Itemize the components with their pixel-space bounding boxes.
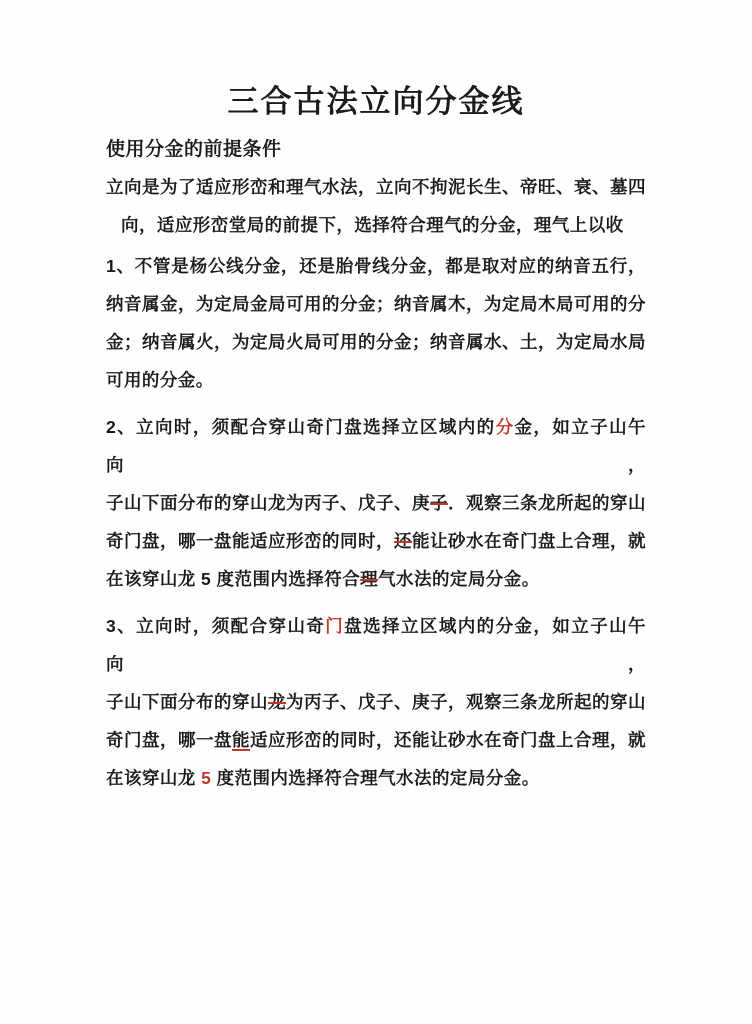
text-run: ．观察三条龙所起的穿山 [448, 493, 646, 513]
paragraph-intro: 立向是为了适应形峦和理气水法，立向不拘泥长生、帝旺、衰、墓四向，适应形峦堂局的前… [106, 168, 646, 244]
text-run: 2、立向时，须配合穿山奇门盘选择立区域内的 [106, 417, 496, 437]
annotated-text: 龙 [268, 692, 286, 712]
text-run: 金；纳音属火，为定局火局可用的分金；纳音属水、土，为定局水局 [106, 332, 646, 352]
text-run: 立向是为了适应形峦和理气水法，立向不拘泥长生、帝旺、衰、墓四 [106, 177, 646, 197]
text-line: 2、立向时，须配合穿山奇门盘选择立区域内的分金，如立子山午向， [106, 408, 646, 484]
text-run: 度范围内选择符合理气水法的定局分金。 [211, 768, 539, 788]
paragraph-item-2: 2、立向时，须配合穿山奇门盘选择立区域内的分金，如立子山午向，子山下面分布的穿山… [106, 408, 646, 598]
paragraph-list: 立向是为了适应形峦和理气水法，立向不拘泥长生、帝旺、衰、墓四向，适应形峦堂局的前… [106, 168, 646, 797]
text-run: 在该穿山龙 5 度范围内选择符合 [106, 569, 360, 589]
text-line: 3、立向时，须配合穿山奇门盘选择立区域内的分金，如立子山午向， [106, 607, 646, 683]
text-line: 纳音属金，为定局金局可用的分金；纳音属木，为定局木局可用的分 [106, 285, 646, 323]
text-run: 适应形峦的同时，还能让砂水在奇门盘上合理，就 [250, 730, 646, 750]
annotated-text: 能 [232, 730, 250, 750]
text-line: 奇门盘，哪一盘能适应形峦的同时，还能让砂水在奇门盘上合理，就 [106, 522, 646, 560]
text-run: 能让砂水在奇门盘上合理，就 [412, 531, 646, 551]
text-run: 向，适应形峦堂局的前提下，选择符合理气的分金，理气上以收 [121, 215, 624, 235]
annotated-text: 门 [325, 616, 344, 636]
text-line: 奇门盘，哪一盘能适应形峦的同时，还能让砂水在奇门盘上合理，就 [106, 721, 646, 759]
text-line: 金；纳音属火，为定局火局可用的分金；纳音属水、土，为定局水局 [106, 323, 646, 361]
text-run: 子山下面分布的穿山 [106, 692, 268, 712]
page-title: 三合古法立向分金线 [106, 82, 646, 122]
document-page: 三合古法立向分金线 使用分金的前提条件 立向是为了适应形峦和理气水法，立向不拘泥… [0, 0, 752, 1024]
paragraph-item-3: 3、立向时，须配合穿山奇门盘选择立区域内的分金，如立子山午向，子山下面分布的穿山… [106, 607, 646, 797]
text-run: 为丙子、戊子、庚子，观察三条龙所起的穿山 [286, 692, 646, 712]
text-line: 子山下面分布的穿山龙为丙子、戊子、庚子．观察三条龙所起的穿山 [106, 484, 646, 522]
text-line: 向，适应形峦堂局的前提下，选择符合理气的分金，理气上以收 [106, 206, 646, 244]
annotated-text: 分 [496, 417, 515, 437]
text-line: 在该穿山龙 5 度范围内选择符合理气水法的定局分金。 [106, 759, 646, 797]
text-run: 气水法的定局分金。 [378, 569, 540, 589]
text-run: 奇门盘，哪一盘 [106, 730, 232, 750]
text-run: 可用的分金。 [106, 370, 214, 390]
text-line: 在该穿山龙 5 度范围内选择符合理气水法的定局分金。 [106, 560, 646, 598]
text-run: 子山下面分布的穿山龙为丙子、戊子、庚 [106, 493, 430, 513]
text-line: 可用的分金。 [106, 361, 646, 399]
annotated-text: 理 [360, 569, 378, 589]
text-run: 在该穿山龙 [106, 768, 201, 788]
text-run: 1、不管是杨公线分金，还是胎骨线分金，都是取对应的纳音五行， [106, 256, 646, 276]
text-run: 3、立向时，须配合穿山奇 [106, 616, 325, 636]
paragraph-item-1: 1、不管是杨公线分金，还是胎骨线分金，都是取对应的纳音五行，纳音属金，为定局金局… [106, 247, 646, 399]
text-line: 立向是为了适应形峦和理气水法，立向不拘泥长生、帝旺、衰、墓四 [106, 168, 646, 206]
text-run: 纳音属金，为定局金局可用的分金；纳音属木，为定局木局可用的分 [106, 294, 646, 314]
text-line: 子山下面分布的穿山龙为丙子、戊子、庚子，观察三条龙所起的穿山 [106, 683, 646, 721]
text-run: 奇门盘，哪一盘能适应形峦的同时， [106, 531, 394, 551]
text-line: 1、不管是杨公线分金，还是胎骨线分金，都是取对应的纳音五行， [106, 247, 646, 285]
annotated-text: 5 [201, 768, 211, 788]
annotated-text: 还 [394, 531, 412, 551]
annotated-text: 子 [430, 493, 448, 513]
section-subheading: 使用分金的前提条件 [106, 137, 646, 163]
